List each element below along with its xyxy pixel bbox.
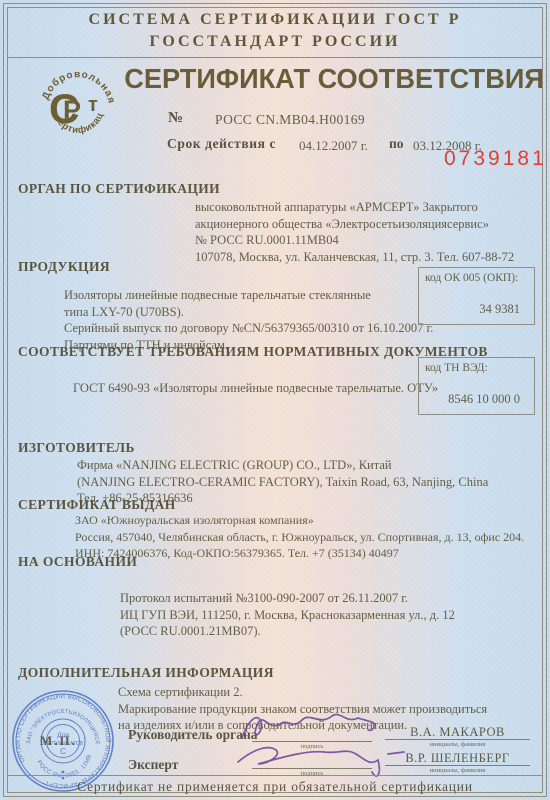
text-line: акционерного общества «Электросетьизоляц… xyxy=(195,216,514,233)
footer-note: Сертификат не применяется при обязательн… xyxy=(0,779,550,795)
tnved-code-label: код ТН ВЭД: xyxy=(425,362,488,374)
text-line: высоковольтной аппаратуры «АРМСЕРТ» Закр… xyxy=(195,199,514,216)
system-title-line1: СИСТЕМА СЕРТИФИКАЦИИ ГОСТ Р xyxy=(0,11,550,29)
expert-label: Эксперт xyxy=(128,757,178,773)
text-line: № РОСС RU.0001.11МВ04 xyxy=(195,232,514,249)
text-line: Серийный выпуск по договору №CN/56379365… xyxy=(64,320,433,337)
section-title-certification-body: ОРГАН ПО СЕРТИФИКАЦИИ xyxy=(18,181,220,197)
expert-signature-icon xyxy=(238,748,404,776)
okp-code-box: код ОК 005 (ОКП): 34 9381 xyxy=(418,267,535,325)
text-line: 107078, Москва, ул. Каланчевская, 11, ст… xyxy=(195,249,514,266)
text-line: Протокол испытаний №3100-090-2007 от 26.… xyxy=(120,590,455,607)
text-line: ГОСТ 6490-93 «Изоляторы линейные подвесн… xyxy=(73,380,438,397)
head-signature-icon xyxy=(242,714,374,738)
text-line: Россия, 457040, Челябинская область, г. … xyxy=(75,529,524,546)
text-line: типа LXY-70 (U70BS). xyxy=(64,304,433,321)
text-line: ЗАО «Южноуральская изоляторная компания» xyxy=(75,512,524,529)
tnved-code-value: 8546 10 000 0 xyxy=(448,392,520,407)
footer-divider xyxy=(8,775,542,776)
basis-text: Протокол испытаний №3100-090-2007 от 26.… xyxy=(120,590,455,640)
mp-place-of-seal: М.П. xyxy=(40,733,77,749)
validity-date-from: 04.12.2007 г. xyxy=(299,138,368,154)
text-line: (РОСС RU.0001.21МВ07). xyxy=(120,623,455,640)
text-line: ИЦ ГУП ВЭИ, 111250, г. Москва, Красноказ… xyxy=(120,607,455,624)
header-divider xyxy=(8,57,542,58)
section-title-manufacturer: ИЗГОТОВИТЕЛЬ xyxy=(18,440,135,456)
blank-serial-number: 0739181 xyxy=(444,147,547,171)
certification-body-text: высоковольтной аппаратуры «АРМСЕРТ» Закр… xyxy=(195,199,514,265)
svg-text:т: т xyxy=(88,94,98,116)
doc-title: СЕРТИФИКАТ СООТВЕТСТВИЯ xyxy=(124,63,531,95)
text-line: (NANJING ELECTRO-CERAMIC FACTORY), Taixi… xyxy=(77,474,488,491)
rst-logo: Добровольная сертификация С Р т xyxy=(36,66,120,150)
okp-code-value: 34 9381 xyxy=(479,302,520,317)
issued-to-text: ЗАО «Южноуральская изоляторная компания»… xyxy=(75,512,524,562)
okp-code-label: код ОК 005 (ОКП): xyxy=(425,272,518,284)
text-line: Фирма «NANJING ELECTRIC (GROUP) CO., LTD… xyxy=(77,457,488,474)
section-title-additional: ДОПОЛНИТЕЛЬНАЯ ИНФОРМАЦИЯ xyxy=(18,665,274,681)
text-line: Изоляторы линейные подвесные тарельчатые… xyxy=(64,287,433,304)
text-line: Схема сертификации 2. xyxy=(118,684,487,701)
number-label: № xyxy=(168,110,183,127)
section-title-product: ПРОДУКЦИЯ xyxy=(18,259,110,275)
text-line: ИНН: 7424006376, Код-ОКПО:56379365. Тел.… xyxy=(75,545,524,562)
handwritten-signatures xyxy=(228,702,438,782)
validity-po-label: по xyxy=(389,136,404,152)
certificate-number: РОСС CN.MB04.H00169 xyxy=(215,112,365,128)
system-title-line2: ГОССТАНДАРТ РОССИИ xyxy=(0,33,550,51)
section-title-issued-to: СЕРТИФИКАТ ВЫДАН xyxy=(18,497,176,513)
certificate-page: СИСТЕМА СЕРТИФИКАЦИИ ГОСТ Р ГОССТАНДАРТ … xyxy=(0,0,550,800)
conforms-text: ГОСТ 6490-93 «Изоляторы линейные подвесн… xyxy=(73,380,438,397)
section-title-basis: НА ОСНОВАНИИ xyxy=(18,554,137,570)
svg-text:Р: Р xyxy=(63,95,81,125)
tnved-code-box: код ТН ВЭД: 8546 10 000 0 xyxy=(418,357,535,415)
validity-label: Срок действия с xyxy=(167,136,276,152)
